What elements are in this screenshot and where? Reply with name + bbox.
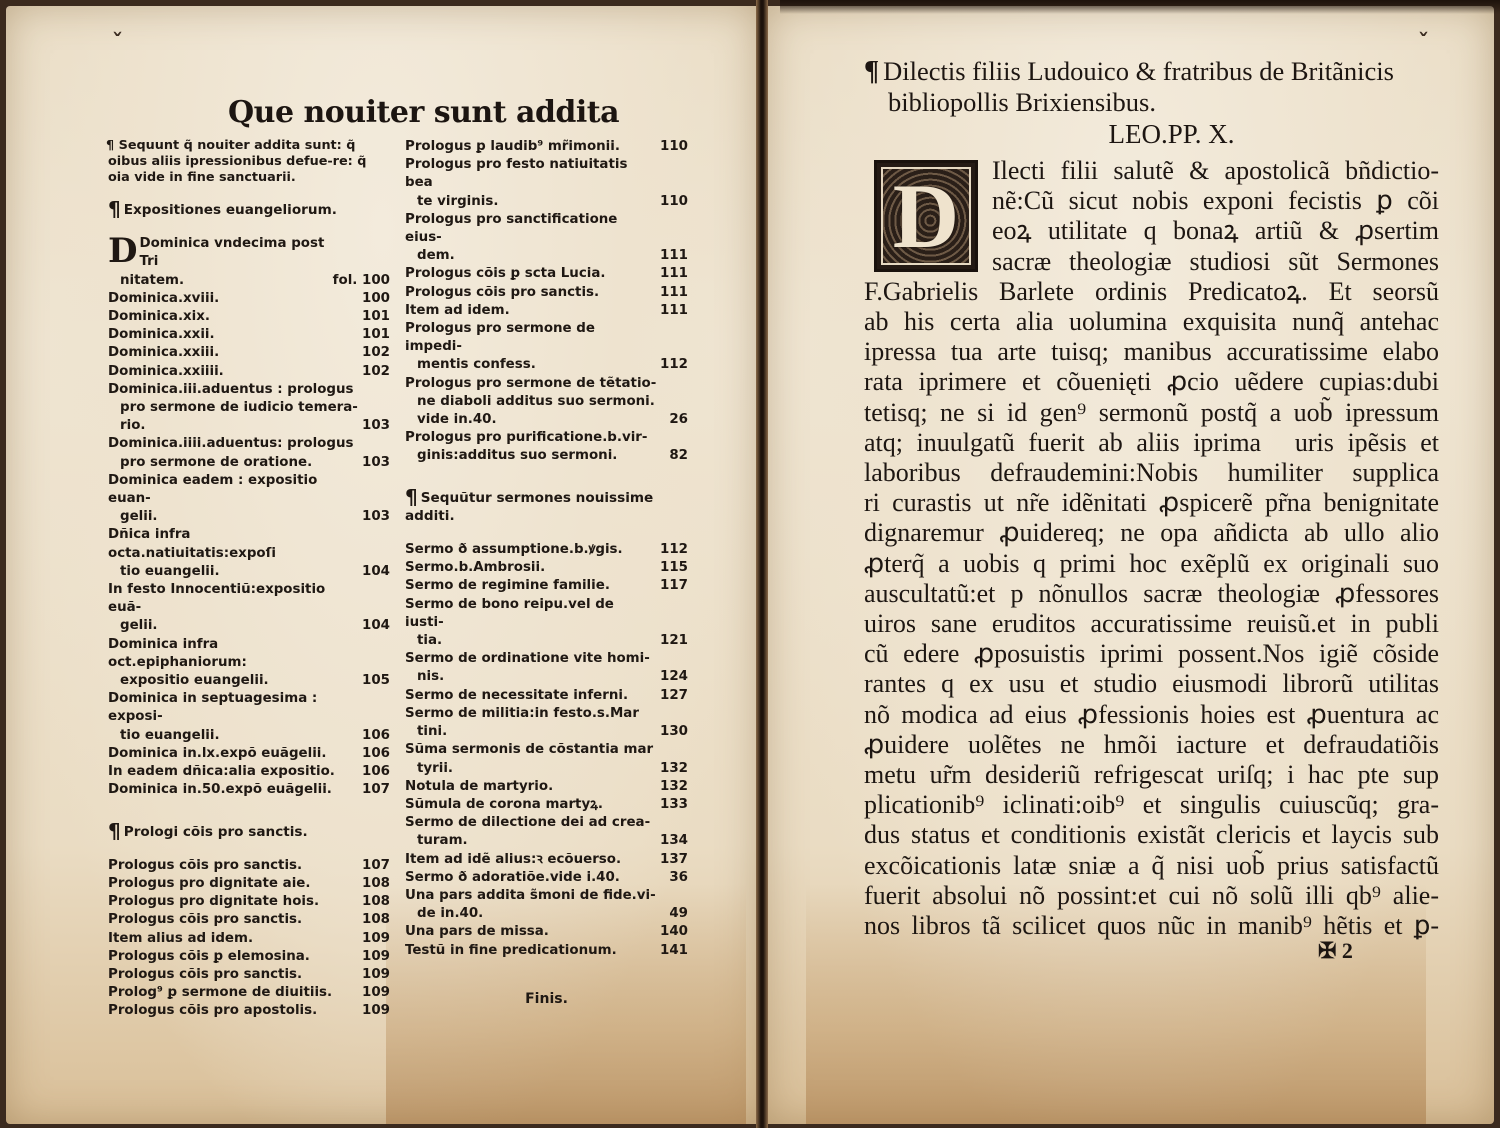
entry-text: Testũ in fine predicationum.: [405, 943, 617, 958]
entry-text: Dominica.xxiii.: [108, 345, 219, 360]
body-line: ri curastis ut nr̃e idẽnitati ꝓspicerẽ p…: [864, 488, 1439, 518]
entry-title: Prologus pro sanctificatione eius-dem.: [405, 211, 656, 266]
address-line-2: bibliopollis Brixiensibus.: [864, 87, 1439, 117]
folio-number: 104: [358, 617, 390, 635]
entry-text: Sermo.b.Ambrosii.: [405, 560, 545, 575]
folio-number: 108: [358, 893, 390, 911]
index-entry: Sermo de bono reipu.vel de iusti-tia.121: [405, 596, 688, 651]
pilcrow-icon: ¶: [106, 138, 114, 153]
entry-text: Dominica in.50.expõ euãgelii.: [108, 782, 332, 797]
entry-title: Prolog⁹ ꝑ sermone de diuitiis.: [108, 984, 358, 1002]
folio-number: 110: [656, 193, 688, 211]
entry-text: Dominica.xxiiii.: [108, 364, 224, 379]
intro-text: Sequunt q̃ nouiter addita sunt: q̃ oibus…: [108, 138, 366, 185]
entry-title: Dominica.xxii.: [108, 326, 358, 344]
entry-title: Dominica in septuagesima : exposi-tio eu…: [108, 690, 358, 745]
entry-text: Dominica.xix.: [108, 309, 210, 324]
folio-number: 132: [656, 760, 688, 778]
folio-number: 109: [358, 984, 390, 1002]
entry-title: Prologus cõis pro sanctis.: [108, 911, 358, 929]
entry-title: Dominica.xviii.: [108, 290, 358, 308]
drop-cap-ornament-icon: D: [881, 167, 971, 265]
book-spine: [756, 0, 768, 1128]
page-edge-shadow: [780, 0, 1500, 14]
section-heading: ¶Sequũtur sermones nouissime additi.: [405, 488, 688, 525]
entry-title: Sermo de bono reipu.vel de iusti-tia.: [405, 596, 656, 651]
entry-text: Prologus pro sermone de tẽtatio-: [405, 376, 656, 391]
folio-number: 26: [665, 411, 688, 429]
index-entry: Sermo de ordinatione vite homi-nis.124: [405, 650, 688, 686]
folio-number: 111: [656, 247, 688, 265]
pilcrow-icon: ¶: [108, 819, 121, 843]
body-line: metu ur̃m desideriũ refrigescat uriſq; i…: [864, 760, 1439, 790]
index-entry: Dñica infra octa.natiuitatis:expoſitio e…: [108, 526, 390, 581]
entry-title: Sermo de regimine familie.: [405, 577, 656, 595]
entry-text: Prologus pro dignitate hois.: [108, 894, 319, 909]
entry-text: Prologus cõis ꝑ elemosina.: [108, 949, 310, 964]
entry-text-continuation: tio euangelii.: [108, 727, 358, 745]
index-entry: Prologus pro dignitate aie.108: [108, 875, 390, 893]
index-list: Prologus ꝑ laudib⁹ mr̃imonii.110Prologus…: [405, 138, 688, 466]
pilcrow-icon: ¶: [108, 197, 121, 221]
entry-text-continuation: expositio euangelii.: [108, 672, 358, 690]
entry-title: Sermo de dilectione dei ad crea-turam.: [405, 814, 656, 850]
index-entry: Prologus pro purificatione.b.vir-ginis:a…: [405, 429, 688, 465]
index-entry: Sermo ð adoratiõe.vide i.40.36: [405, 869, 688, 887]
folio-number: 100: [358, 290, 390, 308]
index-entry: Una pars addita s̃moni de fide.vi-de in.…: [405, 887, 688, 923]
entry-title: Item ad idem.: [405, 302, 656, 320]
folio-number: 103: [358, 508, 390, 526]
index-list: DDominica vndecima post Trinitatem.fol. …: [108, 235, 390, 799]
entry-text: Dominica vndecima post Tri: [139, 236, 324, 269]
index-entry: Prolog⁹ ꝑ sermone de diuitiis.109: [108, 984, 390, 1002]
entry-title: Prologus cõis pro sanctis.: [405, 284, 656, 302]
pilcrow-icon: ¶: [405, 485, 418, 509]
initial-letter: D: [108, 235, 137, 267]
index-entry: In eadem dñica:alia expositio.106: [108, 763, 390, 781]
folio-number: 49: [665, 905, 688, 923]
entry-text: Dominica.xxii.: [108, 327, 215, 342]
entry-title: Dominica.xxiiii.: [108, 363, 358, 381]
folio-number: 137: [656, 851, 688, 869]
index-entry: Prologus cõis pro sanctis.109: [108, 966, 390, 984]
entry-title: Testũ in fine predicationum.: [405, 942, 656, 960]
entry-title: Sũma sermonis de cõstantia martyrii.: [405, 741, 656, 777]
entry-text: Item ad idẽ alius:ꝛ ecõuerso.: [405, 852, 621, 867]
entry-text: Prologus cõis pro sanctis.: [108, 967, 302, 982]
body-line: ꝓuidere uolẽtes ne hmõi iacture et defra…: [864, 730, 1439, 760]
entry-title: Prologus cõis pro sanctis.: [108, 966, 358, 984]
folio-number: 117: [656, 577, 688, 595]
entry-title: Prologus pro purificatione.b.vir-ginis:a…: [405, 429, 665, 465]
index-entry: Dominica.iii.aduentus : prologuspro serm…: [108, 381, 390, 436]
entry-text-continuation: nitatem.: [108, 272, 329, 290]
finis-label: Finis.: [405, 990, 688, 1008]
index-entry: Prologus cõis ꝑ scta Lucia.111: [405, 265, 688, 283]
entry-title: Sermo de ordinatione vite homi-nis.: [405, 650, 656, 686]
body-line: dignaremur ꝓuidereq; ne opa añdicta ab u…: [864, 518, 1439, 548]
entry-title: Dominica eadem : expositio euan-gelii.: [108, 472, 358, 527]
index-entry: Dominica.xxiiii.102: [108, 363, 390, 381]
entry-text-continuation: tio euangelii.: [108, 563, 358, 581]
folio-number: 106: [358, 763, 390, 781]
entry-title: Sermo ð adoratiõe.vide i.40.: [405, 869, 665, 887]
index-entry: Dominica.xxiii.102: [108, 344, 390, 362]
drop-cap-letter: D: [893, 170, 959, 262]
body-line: rantes q ex usu et studio eiusmodi libro…: [864, 669, 1439, 699]
section-heading-text: Expositiones euangeliorum.: [124, 202, 337, 218]
body-line: excõicationis latæ sniæ a q̃ nisi uob̃ p…: [864, 851, 1439, 881]
letter-body: D Ilecti filii salutẽ & apostolicã bñdic…: [864, 156, 1439, 941]
folio-number: 101: [358, 326, 390, 344]
body-line: ab his certa alia uolumina exquisita nun…: [864, 307, 1439, 337]
index-entry: Dominica.xviii.100: [108, 290, 390, 308]
entry-text: Sũma sermonis de cõstantia mar: [405, 742, 653, 757]
entry-text: Sermo de bono reipu.vel de iusti-: [405, 597, 614, 630]
entry-text: Prologus pro sermone de impedi-: [405, 321, 595, 354]
index-entry: Sermo de regimine familie.117: [405, 577, 688, 595]
index-column-1: ¶ Sequunt q̃ nouiter addita sunt: q̃ oib…: [108, 138, 390, 1021]
folio-number: 103: [358, 417, 390, 435]
folio-number: 104: [358, 563, 390, 581]
entry-title: Prologus pro dignitate aie.: [108, 875, 358, 893]
entry-title: Sermo.b.Ambrosii.: [405, 559, 656, 577]
folio-number: 127: [656, 687, 688, 705]
entry-text: Sermo de regimine familie.: [405, 578, 610, 593]
body-line: tetisq; ne si id gen⁹ sermonũ postq̃ a u…: [864, 398, 1439, 428]
entry-text: Dñica infra octa.natiuitatis:expoſi: [108, 527, 276, 560]
entry-text: Prologus pro dignitate aie.: [108, 876, 310, 891]
entry-text-continuation: gelii.: [108, 617, 358, 635]
body-line: cũ edere ꝓposuistis iprimi possent.Nos i…: [864, 639, 1439, 669]
section-heading: ¶Prologi cõis pro sanctis.: [108, 822, 390, 841]
entry-title: Prologus cõis pro sanctis.: [108, 857, 358, 875]
index-entry: Prologus cõis pro apostolis.109: [108, 1002, 390, 1020]
index-list: Sermo ð assumptione.b.ꝟgis.112Sermo.b.Am…: [405, 541, 688, 960]
index-entry: Dominica eadem : expositio euan-gelii.10…: [108, 472, 390, 527]
entry-text: Sermo de ordinatione vite homi-: [405, 651, 650, 666]
folio-number: 102: [358, 363, 390, 381]
pilcrow-icon: ¶: [864, 56, 879, 87]
folio-number: 132: [656, 778, 688, 796]
entry-text: Item ad idem.: [405, 303, 510, 318]
entry-title: Prologus cõis ꝑ elemosina.: [108, 948, 358, 966]
entry-title: In festo Innocentiũ:expositio euã-gelii.: [108, 581, 358, 636]
entry-title: Prologus pro sermone de tẽtatio-ne diabo…: [405, 375, 665, 430]
entry-text: In eadem dñica:alia expositio.: [108, 764, 335, 779]
entry-title: Prologus ꝑ laudib⁹ mr̃imonii.: [405, 138, 656, 156]
letter-text-block: ¶Dilectis filiis Ludouico & fratribus de…: [864, 56, 1439, 941]
entry-text: Una pars addita s̃moni de fide.vi-: [405, 888, 656, 903]
entry-title: Item alius ad idem.: [108, 930, 358, 948]
entry-text: Sũmula de corona martyꝝ.: [405, 797, 603, 812]
folio-number: 111: [656, 284, 688, 302]
body-line: dus status et conditionis existãt cleric…: [864, 820, 1439, 850]
body-line: auscultatũ:et p nõnullos sacræ theologiæ…: [864, 579, 1439, 609]
entry-text-continuation: ne diaboli additus suo sermoni. vide in.…: [405, 393, 665, 429]
entry-text: Dominica eadem : expositio euan-: [108, 473, 317, 506]
index-entry: Prologus pro festo natiuitatis beate vir…: [405, 156, 688, 211]
folio-number: 140: [656, 923, 688, 941]
entry-title: Dominica.iii.aduentus : prologuspro serm…: [108, 381, 358, 436]
entry-text: Prologus cõis pro sanctis.: [108, 912, 302, 927]
folio-number: 108: [358, 875, 390, 893]
folio-number: 112: [656, 356, 688, 374]
folio-number: 109: [358, 1002, 390, 1020]
corner-mark: ˇ: [1418, 30, 1429, 56]
index-entry: Sũma sermonis de cõstantia martyrii.132: [405, 741, 688, 777]
folio-number: 110: [656, 138, 688, 156]
folio-number: 124: [656, 668, 688, 686]
entry-title: Notula de martyrio.: [405, 778, 656, 796]
index-entry: Prologus ꝑ laudib⁹ mr̃imonii.110: [405, 138, 688, 156]
entry-text: Prologus cõis pro sanctis.: [405, 285, 599, 300]
index-entry: Sermo de necessitate inferni.127: [405, 687, 688, 705]
entry-text: Prologus ꝑ laudib⁹ mr̃imonii.: [405, 139, 620, 154]
entry-title: In eadem dñica:alia expositio.: [108, 763, 358, 781]
index-entry: Dominica in.lx.expõ euãgelii.106: [108, 745, 390, 763]
index-entry: Prologus pro sermone de tẽtatio-ne diabo…: [405, 375, 688, 430]
index-entry: Item alius ad idem.109: [108, 930, 390, 948]
entry-text: Item alius ad idem.: [108, 931, 253, 946]
index-column-2: Prologus ꝑ laudib⁹ mr̃imonii.110Prologus…: [405, 138, 688, 1008]
entry-text-continuation: gelii.: [108, 508, 358, 526]
body-line: plicationib⁹ iclinati:oib⁹ et singulis c…: [864, 790, 1439, 820]
entry-text-continuation: pro sermone de iudicio temera-rio.: [108, 399, 358, 435]
body-line: atq; inuulgatũ fuerit ab aliis iprimaᷣ u…: [864, 428, 1439, 458]
folio-number: 109: [358, 948, 390, 966]
ornamental-drop-cap: D: [874, 160, 978, 272]
entry-title: Prologus pro festo natiuitatis beate vir…: [405, 156, 656, 211]
entry-text: Sermo ð assumptione.b.ꝟgis.: [405, 542, 623, 557]
entry-title: Una pars de missa.: [405, 923, 656, 941]
folio-number: 121: [656, 632, 688, 650]
body-line: nos libros tã scilicet quos nũc in manib…: [864, 911, 1439, 941]
entry-text-continuation: de in.40.: [405, 905, 665, 923]
entry-text-continuation: ginis:additus suo sermoni.: [405, 447, 665, 465]
index-entry: Prologus pro sermone de impedi-mentis co…: [405, 320, 688, 375]
entry-text: Sermo de necessitate inferni.: [405, 688, 628, 703]
index-entry: Dominica.iiii.aduentus: prologuspro serm…: [108, 435, 390, 471]
section-heading-text: Sequũtur sermones nouissime additi.: [405, 490, 653, 524]
entry-text: In festo Innocentiũ:expositio euã-: [108, 582, 325, 615]
entry-text: Sermo de militia:in festo.s.Mar: [405, 706, 639, 721]
folio-number: 82: [665, 447, 688, 465]
entry-text: Dominica infra oct.epiphaniorum:: [108, 637, 247, 670]
body-line: nõ modica ad eius ꝓfessionis hoies est ꝓ…: [864, 700, 1439, 730]
page-title: Que nouiter sunt addita: [228, 95, 619, 130]
folio-number: 130: [656, 723, 688, 741]
index-entry: Notula de martyrio.132: [405, 778, 688, 796]
entry-text: Prologus pro sanctificatione eius-: [405, 212, 617, 245]
folio-number: 107: [358, 781, 390, 799]
entry-text: Prologus pro purificatione.b.vir-: [405, 430, 647, 445]
index-entry: Sũmula de corona martyꝝ.133: [405, 796, 688, 814]
entry-text: Prologus cõis ꝑ scta Lucia.: [405, 266, 606, 281]
index-list: Prologus cõis pro sanctis.107Prologus pr…: [108, 857, 390, 1021]
entry-text: Notula de martyrio.: [405, 779, 553, 794]
entry-text-continuation: tia.: [405, 632, 656, 650]
folio-number: 111: [656, 302, 688, 320]
entry-text-continuation: tini.: [405, 723, 656, 741]
entry-text: Dominica in.lx.expõ euãgelii.: [108, 746, 326, 761]
body-line: fuerit absolui nõ possint:et cui nõ solũ…: [864, 881, 1439, 911]
index-entry: Prologus cõis pro sanctis.107: [108, 857, 390, 875]
entry-title: DDominica vndecima post Trinitatem.: [108, 235, 329, 290]
entry-title: Item ad idẽ alius:ꝛ ecõuerso.: [405, 851, 656, 869]
entry-title: Dominica.xxiii.: [108, 344, 358, 362]
folio-number: 112: [656, 541, 688, 559]
entry-title: Sermo de necessitate inferni.: [405, 687, 656, 705]
entry-title: Dominica in.lx.expõ euãgelii.: [108, 745, 358, 763]
entry-text-continuation: pro sermone de oratione.: [108, 454, 358, 472]
address-heading: ¶Dilectis filiis Ludouico & fratribus de…: [864, 56, 1439, 117]
entry-title: Prologus pro dignitate hois.: [108, 893, 358, 911]
open-book: ˇ ˇ Que nouiter sunt addita ¶ Sequunt q̃…: [0, 0, 1500, 1128]
signature-mark: ✠ 2: [1318, 938, 1353, 964]
folio-number: 109: [358, 966, 390, 984]
entry-text-continuation: dem.: [405, 247, 656, 265]
folio-number: 134: [656, 832, 688, 850]
index-entry: Dominica in septuagesima : exposi-tio eu…: [108, 690, 390, 745]
entry-text: Dominica.xviii.: [108, 291, 219, 306]
section-heading: ¶Expositiones euangeliorum.: [108, 200, 390, 219]
entry-text-continuation: mentis confess.: [405, 356, 656, 374]
folio-number: 109: [358, 930, 390, 948]
entry-title: Dñica infra octa.natiuitatis:expoſitio e…: [108, 526, 358, 581]
folio-number: 103: [358, 454, 390, 472]
folio-number: 106: [358, 727, 390, 745]
body-line: laboribus defraudemini:Nobis humiliter s…: [864, 458, 1439, 488]
folio-number: 141: [656, 942, 688, 960]
index-entry: Sermo.b.Ambrosii.115: [405, 559, 688, 577]
entry-title: Sũmula de corona martyꝝ.: [405, 796, 656, 814]
folio-number: 36: [665, 869, 688, 887]
index-entry: Sermo ð assumptione.b.ꝟgis.112: [405, 541, 688, 559]
entry-text: Dominica.iiii.aduentus: prologus: [108, 436, 353, 451]
index-entry: Prologus pro sanctificatione eius-dem.11…: [405, 211, 688, 266]
folio-number: fol. 100: [329, 272, 390, 290]
entry-text-continuation: nis.: [405, 668, 656, 686]
body-line: ipressa tua arte tuisq; manibus accurati…: [864, 337, 1439, 367]
corner-mark: ˇ: [112, 30, 123, 56]
entry-text-continuation: tyrii.: [405, 760, 656, 778]
index-entry: Dominica in.50.expõ euãgelii.107: [108, 781, 390, 799]
index-entry: Prologus cõis ꝑ elemosina.109: [108, 948, 390, 966]
index-entry: Dominica infra oct.epiphaniorum:expositi…: [108, 636, 390, 691]
folio-number: 133: [656, 796, 688, 814]
entry-title: Prologus cõis ꝑ scta Lucia.: [405, 265, 656, 283]
index-entry: Una pars de missa.140: [405, 923, 688, 941]
index-entry: In festo Innocentiũ:expositio euã-gelii.…: [108, 581, 390, 636]
letter-heading: LEO.PP. X.: [904, 119, 1439, 150]
body-line: uiros sane eruditos accuratissime reuisũ…: [864, 609, 1439, 639]
index-entry: Dominica.xix.101: [108, 308, 390, 326]
entry-title: Prologus pro sermone de impedi-mentis co…: [405, 320, 656, 375]
entry-text-continuation: te virginis.: [405, 193, 656, 211]
entry-text: Sermo de dilectione dei ad crea-: [405, 815, 650, 830]
entry-text: Prolog⁹ ꝑ sermone de diuitiis.: [108, 985, 332, 1000]
entry-title: Dominica in.50.expõ euãgelii.: [108, 781, 358, 799]
entry-title: Dominica infra oct.epiphaniorum:expositi…: [108, 636, 358, 691]
entry-text-continuation: turam.: [405, 832, 656, 850]
entry-title: Dominica.iiii.aduentus: prologuspro serm…: [108, 435, 358, 471]
folio-number: 105: [358, 672, 390, 690]
index-entry: Sermo de dilectione dei ad crea-turam.13…: [405, 814, 688, 850]
index-entry: Item ad idem.111: [405, 302, 688, 320]
body-line: rata iprimere et cõuenięti ꝓcio uẽdere c…: [864, 367, 1439, 397]
address-line-1: Dilectis filiis Ludouico & fratribus de …: [883, 56, 1394, 86]
index-entry: Prologus pro dignitate hois.108: [108, 893, 390, 911]
folio-number: 106: [358, 745, 390, 763]
index-entry: Prologus cõis pro sanctis.108: [108, 911, 390, 929]
entry-text: Una pars de missa.: [405, 924, 549, 939]
body-line: ꝓterq̃ a uobis q primi hoc exẽplũ ex ori…: [864, 549, 1439, 579]
index-entry: Prologus cõis pro sanctis.111: [405, 284, 688, 302]
entry-title: Prologus cõis pro apostolis.: [108, 1002, 358, 1020]
folio-number: 111: [656, 265, 688, 283]
entry-text: Sermo ð adoratiõe.vide i.40.: [405, 870, 620, 885]
folio-number: 107: [358, 857, 390, 875]
entry-title: Sermo ð assumptione.b.ꝟgis.: [405, 541, 656, 559]
entry-text: Dominica in septuagesima : exposi-: [108, 691, 317, 724]
entry-title: Dominica.xix.: [108, 308, 358, 326]
intro-paragraph: ¶ Sequunt q̃ nouiter addita sunt: q̃ oib…: [108, 138, 390, 186]
section-heading-text: Prologi cõis pro sanctis.: [124, 824, 308, 840]
entry-text: Prologus cõis pro sanctis.: [108, 858, 302, 873]
entry-title: Sermo de militia:in festo.s.Martini.: [405, 705, 656, 741]
body-line: F.Gabrielis Barlete ordinis Predicatoꝝ. …: [864, 277, 1439, 307]
folio-number: 115: [656, 559, 688, 577]
folio-number: 102: [358, 344, 390, 362]
entry-text: Dominica.iii.aduentus : prologus: [108, 382, 354, 397]
index-entry: Item ad idẽ alius:ꝛ ecõuerso.137: [405, 851, 688, 869]
index-entry: Sermo de militia:in festo.s.Martini.130: [405, 705, 688, 741]
index-entry: Testũ in fine predicationum.141: [405, 942, 688, 960]
folio-number: 108: [358, 911, 390, 929]
entry-text: Prologus cõis pro apostolis.: [108, 1003, 317, 1018]
entry-text: Prologus pro festo natiuitatis bea: [405, 157, 627, 190]
index-entry: DDominica vndecima post Trinitatem.fol. …: [108, 235, 390, 290]
index-entry: Dominica.xxii.101: [108, 326, 390, 344]
entry-title: Una pars addita s̃moni de fide.vi-de in.…: [405, 887, 665, 923]
folio-number: 101: [358, 308, 390, 326]
